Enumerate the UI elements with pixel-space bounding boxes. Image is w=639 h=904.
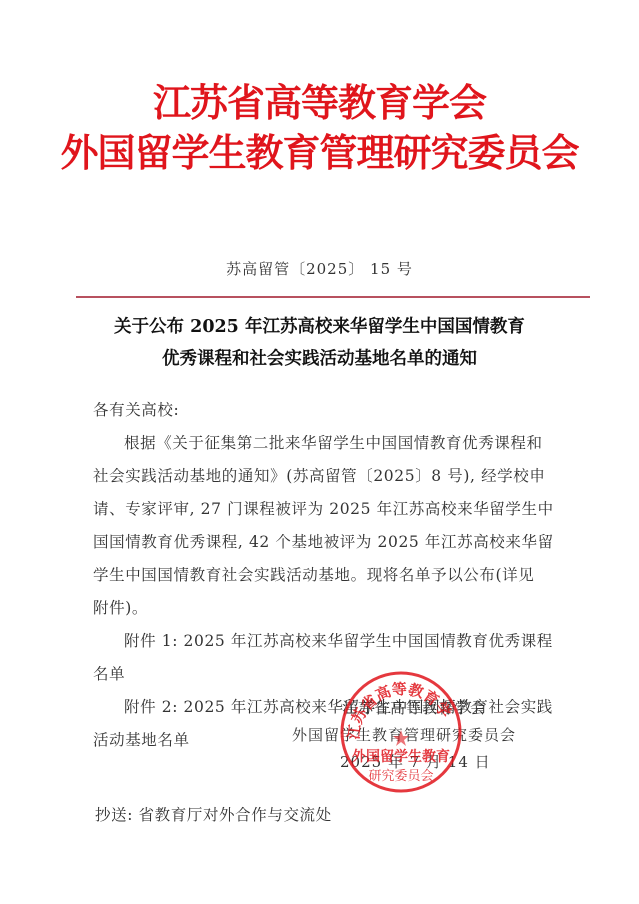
paragraph-line: 社会实践活动基地的通知》(苏高留管〔2025〕8 号), 经学校申 bbox=[93, 464, 546, 486]
paragraph-line: 附件)。 bbox=[93, 596, 148, 618]
attachment-1: 附件 1: 2025 年江苏高校来华留学生中国国情教育优秀课程 bbox=[124, 629, 553, 651]
salutation: 各有关高校: bbox=[93, 398, 179, 420]
title-line-1: 关于公布 2025 年江苏高校来华留学生中国国情教育 bbox=[0, 313, 639, 338]
paragraph-line: 国国情教育优秀课程, 42 个基地被评为 2025 年江苏高校来华留 bbox=[93, 530, 554, 552]
cc-line: 抄送: 省教育厅对外合作与交流处 bbox=[95, 803, 332, 825]
paragraph-line: 学生中国国情教育社会实践活动基地。现将名单予以公布(详见 bbox=[93, 563, 534, 585]
official-seal-icon: 江苏省高等教育学会 外国留学生教育 研究委员会 bbox=[339, 670, 463, 794]
attachment-2-cont: 活动基地名单 bbox=[93, 728, 190, 750]
letterhead-line-2: 外国留学生教育管理研究委员会 bbox=[0, 130, 639, 176]
paragraph-line: 请、专家评审, 27 门课程被评为 2025 年江苏高校来华留学生中 bbox=[93, 497, 554, 519]
svg-text:江苏省高等教育学会: 江苏省高等教育学会 bbox=[339, 670, 455, 741]
title-line-2: 优秀课程和社会实践活动基地名单的通知 bbox=[0, 345, 639, 370]
paragraph-line: 根据《关于征集第二批来华留学生中国国情教育优秀课程和 bbox=[124, 431, 543, 453]
divider-line bbox=[76, 296, 590, 298]
svg-text:研究委员会: 研究委员会 bbox=[368, 768, 433, 784]
attachment-1-cont: 名单 bbox=[93, 662, 125, 684]
document-number: 苏高留管〔2025〕 15 号 bbox=[0, 258, 639, 279]
letterhead-line-1: 江苏省高等教育学会 bbox=[0, 80, 639, 126]
svg-text:外国留学生教育: 外国留学生教育 bbox=[352, 748, 450, 765]
